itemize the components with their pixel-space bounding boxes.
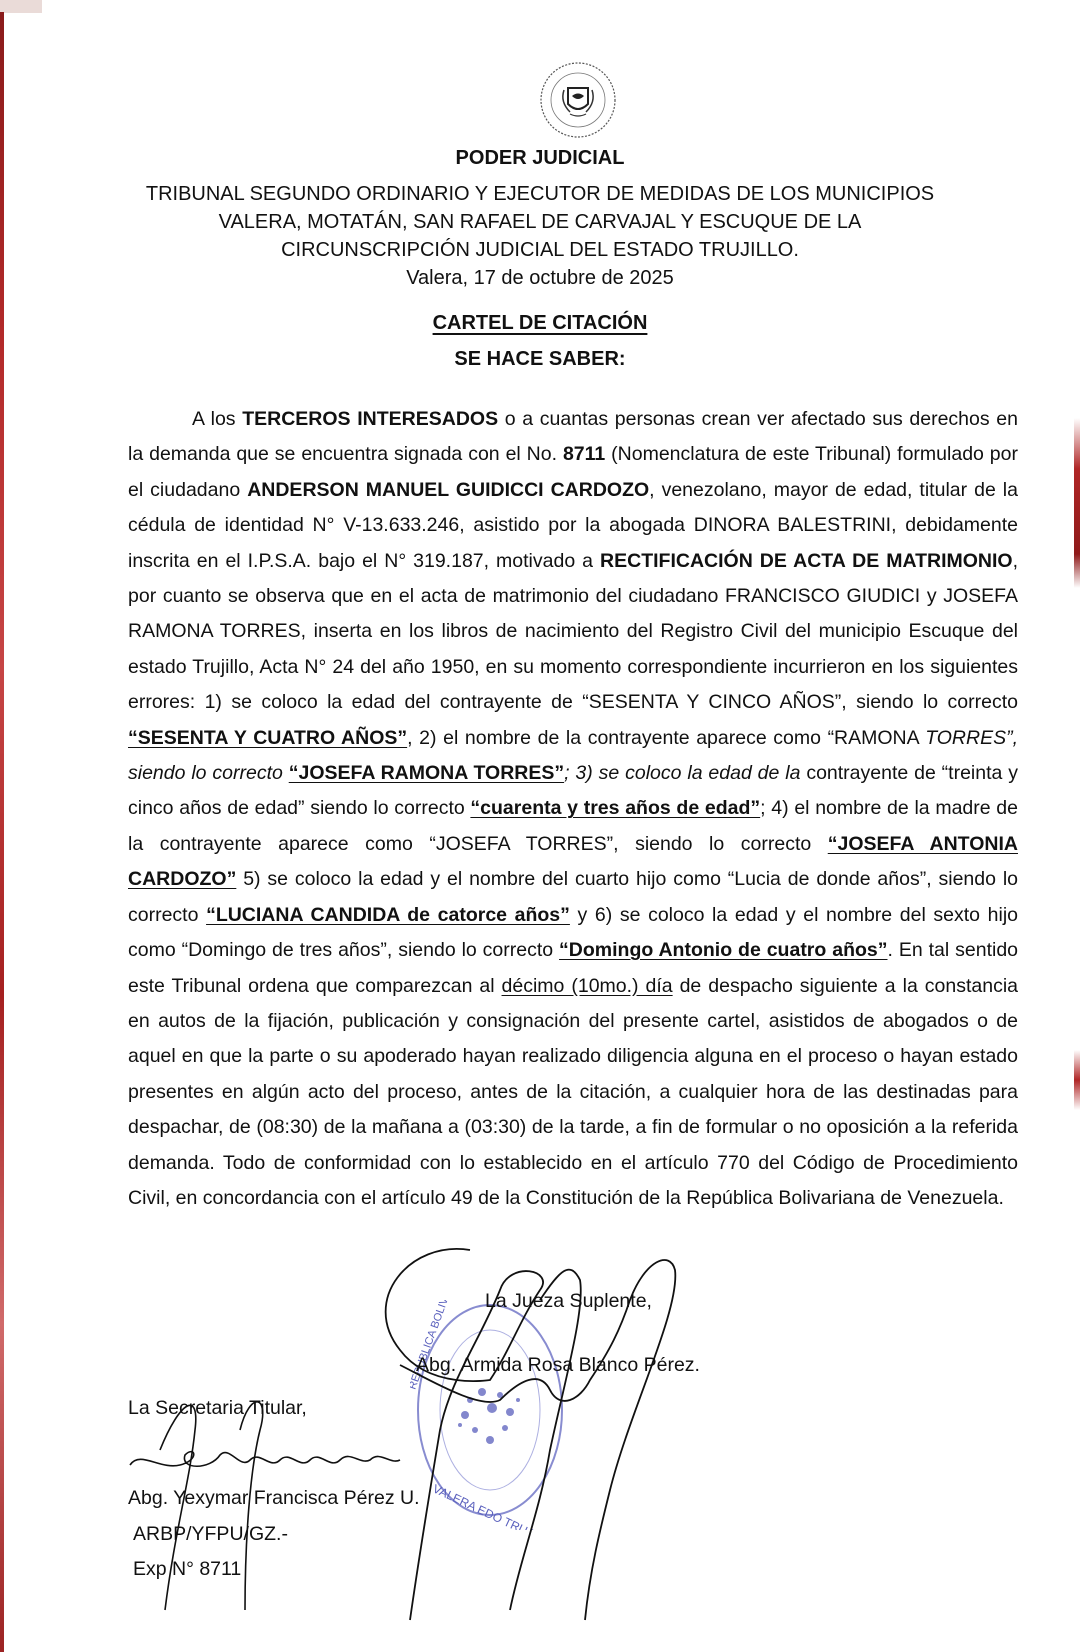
judge-role: La Jueza Suplente, — [485, 1290, 652, 1313]
scan-edge-top — [0, 0, 42, 13]
paragraph-segment: A los — [192, 408, 242, 430]
paragraph-segment: “JOSEFA RAMONA TORRES” — [289, 762, 564, 784]
paragraph-segment: , 2) el nombre de la contrayente aparece… — [407, 727, 925, 749]
document-initials: ARBP/YFPU/GZ.- — [133, 1523, 288, 1546]
paragraph-segment: “LUCIANA CANDIDA de catorce años” — [206, 904, 570, 926]
paragraph-segment: “cuarenta y tres años de edad” — [470, 797, 760, 819]
document-title: CARTEL DE CITACIÓN — [433, 312, 648, 334]
paragraph-segment: TORRES” — [925, 727, 1012, 749]
secretary-role: La Secretaria Titular, — [128, 1397, 307, 1420]
paragraph-segment: , por cuanto se observa que en el acta d… — [128, 550, 1018, 714]
court-stamp-icon: VALERA EDO TRUJILLO REPUBLICA BOLIV — [410, 1300, 580, 1530]
place-date: Valera, 17 de octubre de 2025 — [0, 267, 1080, 290]
tribunal-line-1: TRIBUNAL SEGUNDO ORDINARIO Y EJECUTOR DE… — [0, 183, 1080, 206]
judge-name: Abg. Armida Rosa Blanco Pérez. — [416, 1354, 700, 1377]
paragraph-segment: “Domingo Antonio de cuatro años” — [559, 939, 887, 961]
document-subtitle: SE HACE SABER: — [0, 348, 1080, 371]
secretary-name: Abg. Yexymar Francisca Pérez U. — [128, 1487, 420, 1510]
expediente-number: Exp N° 8711 — [133, 1558, 241, 1581]
document-title-wrap: CARTEL DE CITACIÓN — [0, 312, 1080, 335]
scan-edge-right-lower — [1074, 1050, 1080, 1110]
paragraph-segment: ANDERSON MANUEL GUIDICCI CARDOZO — [247, 479, 649, 501]
institution-heading: PODER JUDICIAL — [0, 147, 1080, 170]
paragraph-segment: de despacho siguiente a la constancia en… — [128, 975, 1018, 1209]
paragraph-segment: TERCEROS INTERESADOS — [242, 408, 498, 430]
paragraph-segment: RECTIFICACIÓN DE ACTA DE MATRIMONIO — [600, 550, 1013, 572]
paragraph-segment: ; 3) se coloco la edad de la — [564, 762, 800, 784]
paragraph-segment: 8711 — [563, 443, 605, 465]
tribunal-line-2: VALERA, MOTATÁN, SAN RAFAEL DE CARVAJAL … — [0, 211, 1080, 234]
paragraph-segment: décimo (10mo.) día — [502, 975, 673, 997]
paragraph-segment: “SESENTA Y CUATRO AÑOS” — [128, 727, 407, 749]
svg-text:VALERA EDO TRUJILLO: VALERA EDO TRUJILLO — [431, 1482, 559, 1530]
scan-edge-right — [1074, 418, 1080, 588]
coat-of-arms-seal-icon — [538, 60, 618, 140]
svg-text:REPUBLICA BOLIV: REPUBLICA BOLIV — [410, 1300, 451, 1391]
citation-body: A los TERCEROS INTERESADOS o a cuantas p… — [128, 402, 1018, 1216]
tribunal-line-3: CIRCUNSCRIPCIÓN JUDICIAL DEL ESTADO TRUJ… — [0, 239, 1080, 262]
